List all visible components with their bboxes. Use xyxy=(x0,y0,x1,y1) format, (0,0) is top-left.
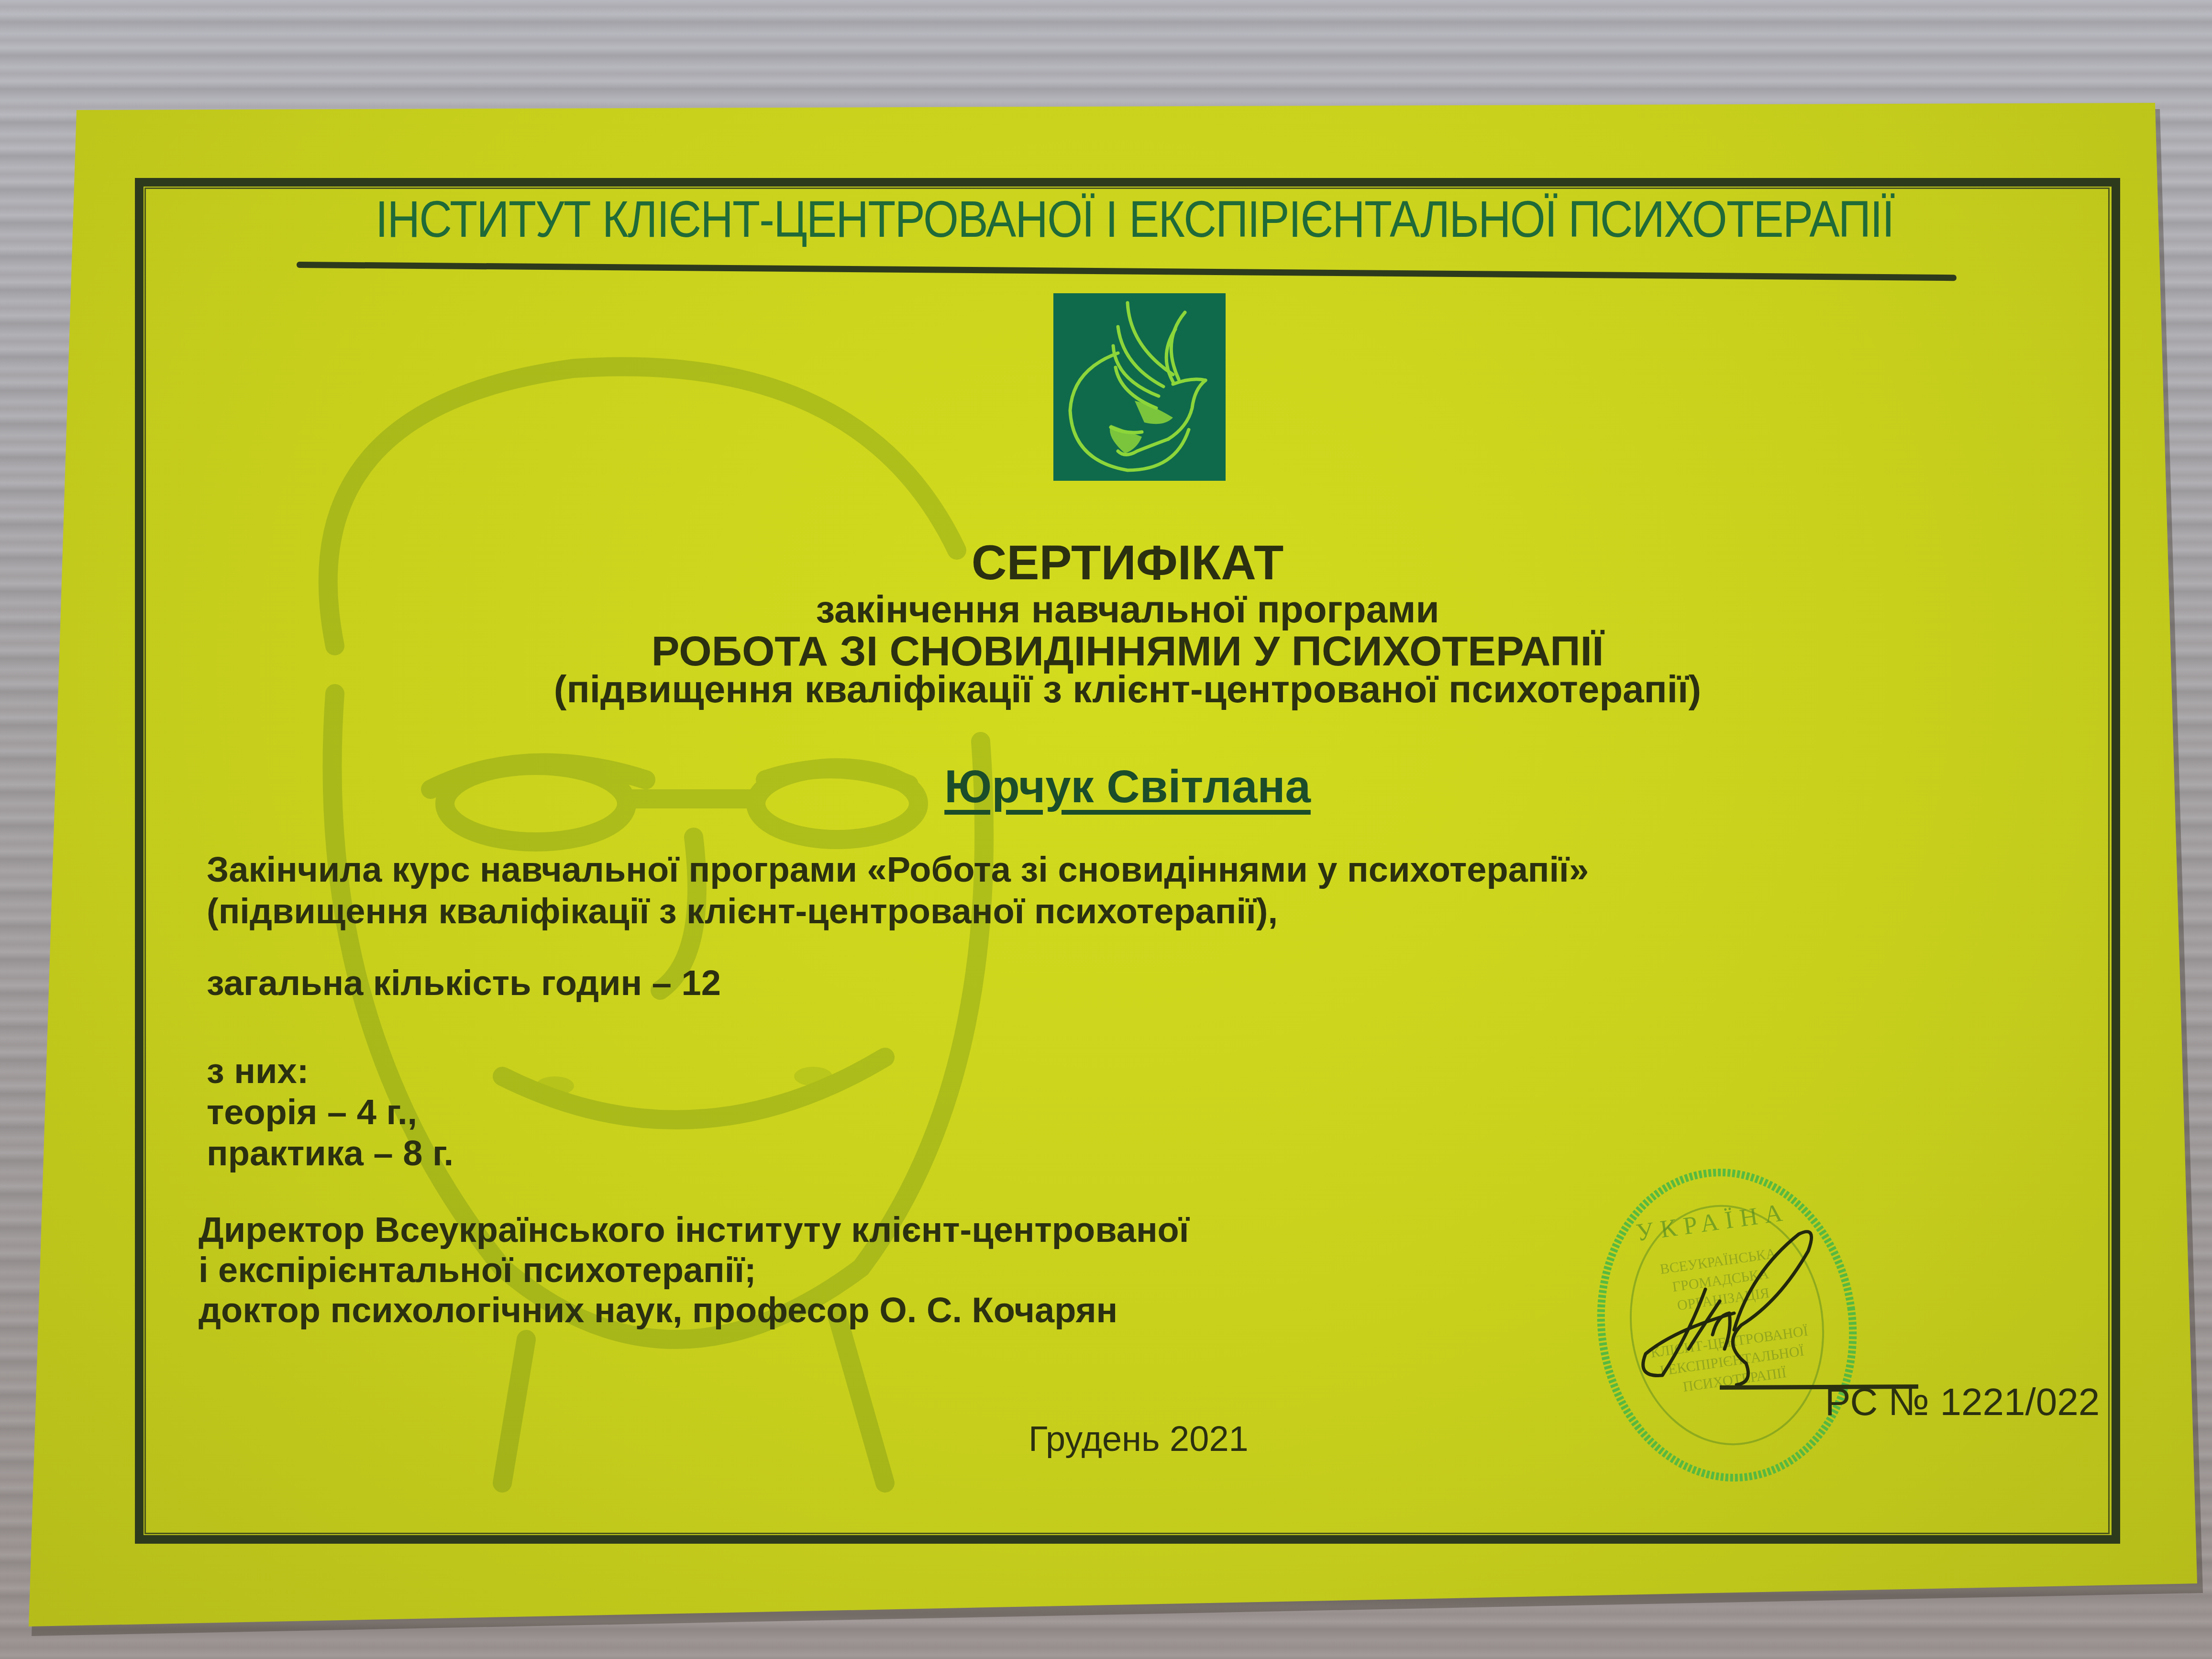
signatory-line-1: Директор Всеукраїнського інституту клієн… xyxy=(199,1209,1189,1250)
completion-statement-line-1: Закінчила курс навчальної програми «Робо… xyxy=(207,849,1589,890)
signatory-line-3: доктор психологічних наук, професор О. С… xyxy=(199,1290,1117,1330)
institute-title: ІНСТИТУТ КЛІЄНТ-ЦЕНТРОВАНОЇ І ЕКСПІРІЄНТ… xyxy=(376,189,1882,249)
hours-theory: теорія – 4 г., xyxy=(207,1092,417,1132)
registration-number: РС № 1221/022 xyxy=(1825,1380,2100,1424)
hours-breakdown-label: з них: xyxy=(207,1051,309,1091)
hours-total: загальна кількість годин – 12 xyxy=(207,962,721,1003)
certificate-heading: СЕРТИФІКАТ xyxy=(135,535,2120,591)
certificate-subheading: закінчення навчальної програми xyxy=(135,587,2120,631)
dove-in-circle-icon xyxy=(1053,293,1226,481)
program-qualification: (підвищення кваліфікації з клієнт-центро… xyxy=(135,667,2120,711)
signature xyxy=(1617,1206,1961,1406)
completion-statement-line-2: (підвищення кваліфікації з клієнт-центро… xyxy=(207,891,1278,931)
hours-practice: практика – 8 г. xyxy=(207,1133,453,1173)
issue-date: Грудень 2021 xyxy=(1029,1418,1249,1459)
institute-logo xyxy=(1053,293,1226,481)
recipient-name: Юрчук Світлана xyxy=(135,761,2120,813)
signatory-line-2: і експірієнтальної психотерапії; xyxy=(199,1250,756,1290)
